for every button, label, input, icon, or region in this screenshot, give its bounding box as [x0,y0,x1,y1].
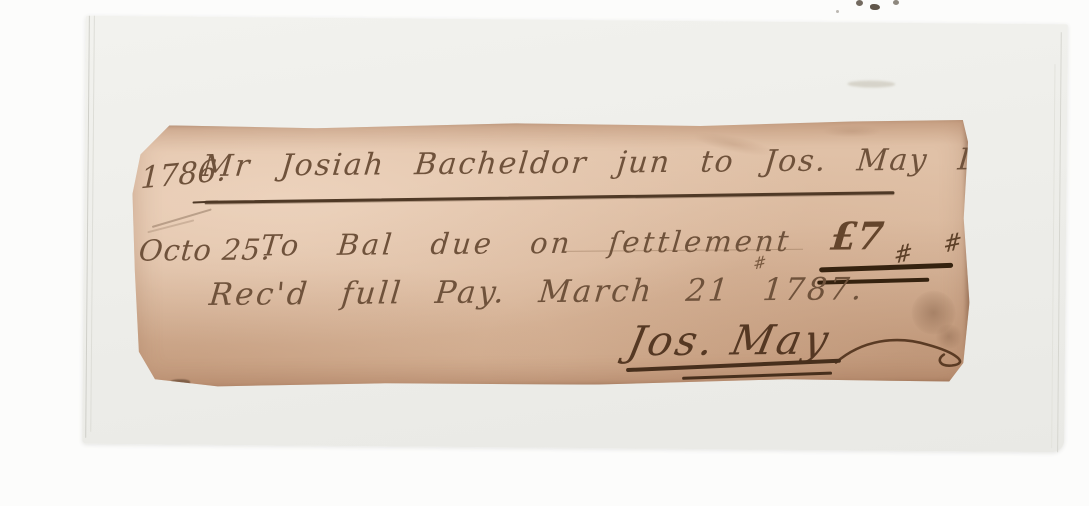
receipt-account-heading: Mr Josiah Bacheldor jun to Jos. May Dr [201,142,1002,184]
payment-note: Rec'd full Pay. March 21 1787. [208,271,866,313]
signature: Jos. May [624,316,836,366]
scan-speck [870,4,880,10]
entry-insert-mark: # [753,251,767,273]
signature-underline [682,372,832,380]
card-right-edge-line [1051,64,1055,448]
entry-date: Octo 25. [137,232,273,267]
paper-stain [822,125,882,138]
card-right-edge-line [1057,32,1062,452]
scan-speck [893,0,899,5]
scan-speck [836,10,839,13]
pen-scratch [152,208,212,227]
card-left-edge-line [85,16,90,438]
scanned-photo: 1786. Mr Josiah Bacheldor jun to Jos. Ma… [0,0,1089,506]
card-smudge [847,80,895,87]
heading-underline [205,191,895,204]
scan-speck [856,0,863,6]
receipt-paper: 1786. Mr Josiah Bacheldor jun to Jos. Ma… [132,118,970,388]
ink-stain [934,324,964,348]
entry-amount: £7 [829,213,886,259]
card-left-edge-line [90,16,95,432]
entry-description: To Bal due on ſettlement [259,224,793,263]
